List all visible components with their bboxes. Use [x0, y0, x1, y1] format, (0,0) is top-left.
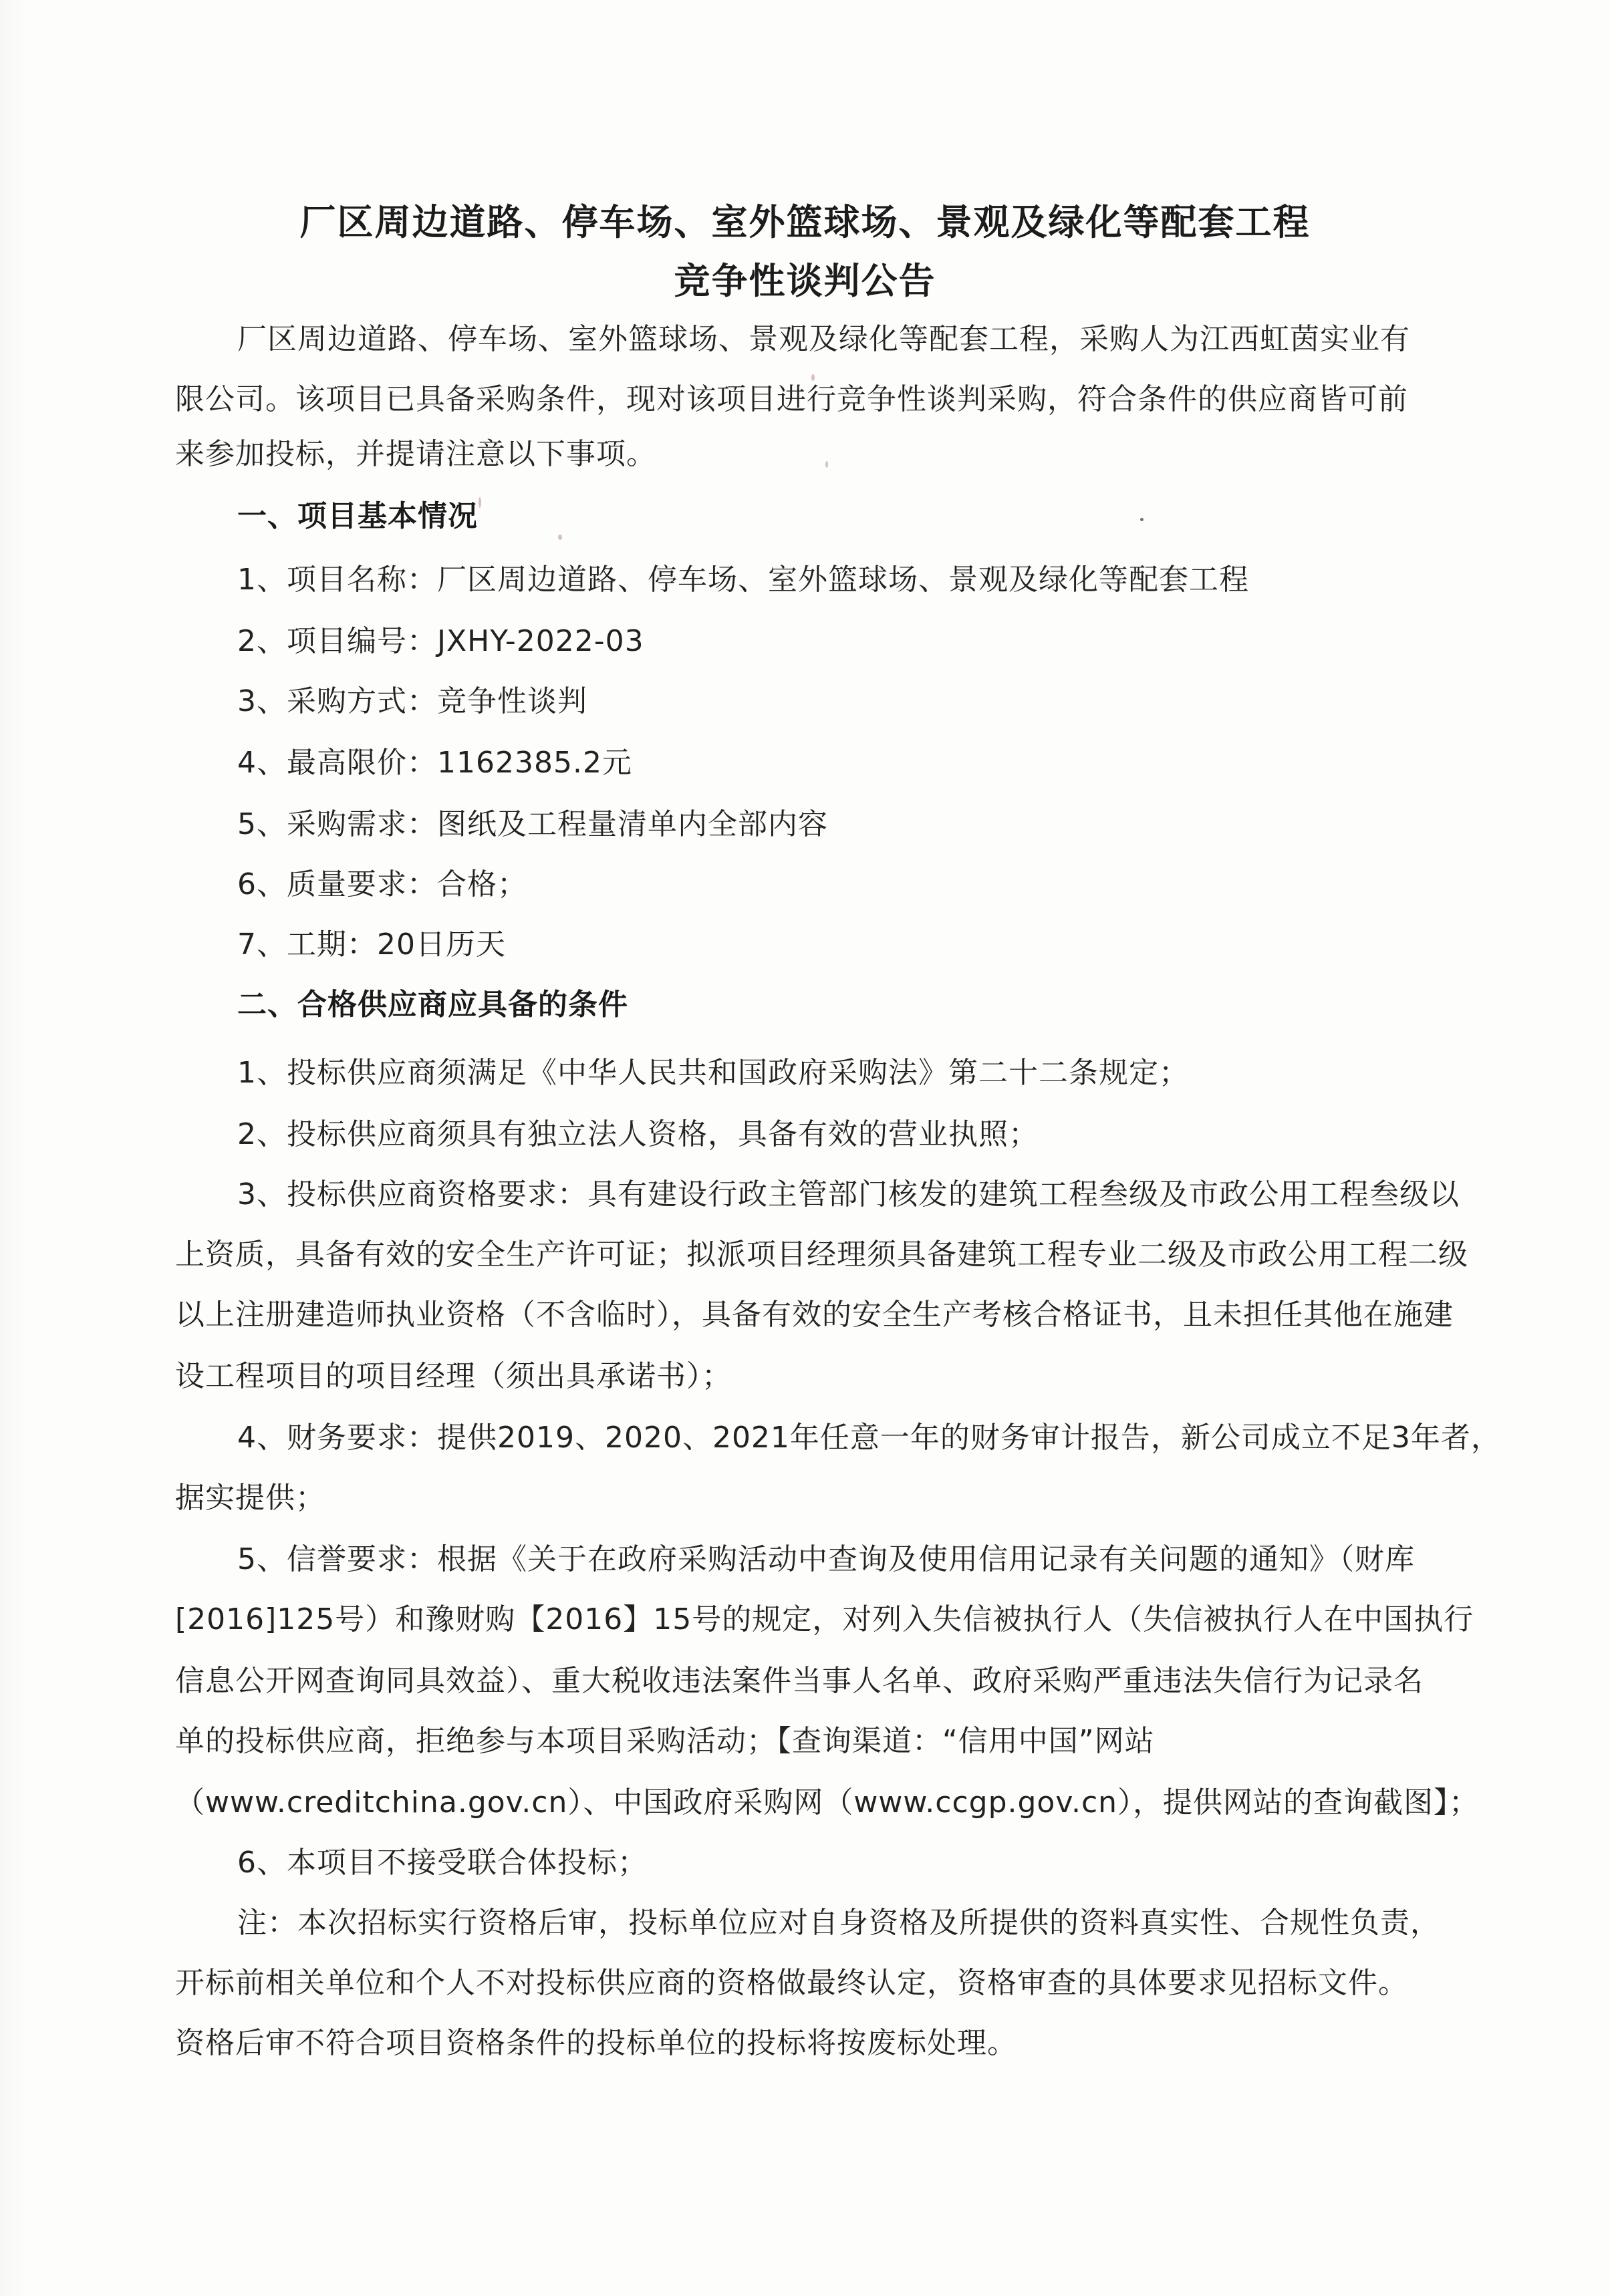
scan-speck	[558, 535, 562, 540]
qualification-line: （www.creditchina.gov.cn）、中国政府采购网（www.ccg…	[175, 1784, 1479, 1822]
qualification-line: 4、财务要求：提供2019、2020、2021年任意一年的财务审计报告，新公司成…	[237, 1419, 1501, 1457]
intro-line: 厂区周边道路、停车场、室外篮球场、景观及绿化等配套工程，采购人为江西虹茵实业有	[237, 321, 1410, 358]
qualification-line: 单的投标供应商，拒绝参与本项目采购活动；【查询渠道：“信用中国”网站	[175, 1723, 1155, 1760]
document-page: 厂区周边道路、停车场、室外篮球场、景观及绿化等配套工程 竞争性谈判公告 厂区周边…	[0, 0, 1610, 2296]
qualification-line: 以上注册建造师执业资格（不含临时），具备有效的安全生产考核合格证书，且未担任其他…	[175, 1296, 1454, 1334]
scan-speck	[1140, 518, 1144, 521]
note-line: 注：本次招标实行资格后审，投标单位应对自身资格及所提供的资料真实性、合规性负责，	[237, 1904, 1440, 1942]
project-name-item: 1、项目名称：厂区周边道路、停车场、室外篮球场、景观及绿化等配套工程	[237, 561, 1249, 599]
note-line: 开标前相关单位和个人不对投标供应商的资格做最终认定，资格审查的具体要求见招标文件…	[175, 1965, 1408, 2002]
qualification-line: 3、投标供应商资格要求：具有建设行政主管部门核发的建筑工程叁级及市政公用工程叁级…	[237, 1176, 1460, 1213]
construction-period-item: 7、工期：20日历天	[237, 926, 506, 964]
section-heading-qualifications: 二、合格供应商应具备的条件	[237, 986, 628, 1024]
intro-line: 限公司。该项目已具备采购条件，现对该项目进行竞争性谈判采购，符合条件的供应商皆可…	[175, 381, 1408, 418]
scan-speck	[811, 374, 815, 381]
qualification-line: [2016]125号）和豫财购【2016】15号的规定，对列入失信被执行人（失信…	[175, 1601, 1474, 1638]
document-title: 厂区周边道路、停车场、室外篮球场、景观及绿化等配套工程	[0, 194, 1610, 245]
scan-speck	[825, 461, 828, 468]
qualification-line: 上资质，具备有效的安全生产许可证；拟派项目经理须具备建筑工程专业二级及市政公用工…	[175, 1236, 1468, 1274]
document-subtitle: 竞争性谈判公告	[0, 253, 1610, 304]
max-price-item: 4、最高限价：1162385.2元	[237, 744, 632, 782]
project-number-item: 2、项目编号：JXHY-2022-03	[237, 623, 644, 660]
qualification-line: 据实提供；	[175, 1479, 325, 1517]
scan-speck	[479, 497, 481, 508]
qualification-line: 6、本项目不接受联合体投标；	[237, 1844, 648, 1882]
qualification-line: 1、投标供应商须满足《中华人民共和国政府采购法》第二十二条规定；	[237, 1054, 1189, 1092]
section-heading-basic-info: 一、项目基本情况	[237, 498, 478, 535]
qualification-line: 信息公开网查询同具效益）、重大税收违法案件当事人名单、政府采购严重违法失信行为记…	[175, 1663, 1424, 1700]
qualification-line: 设工程项目的项目经理（须出具承诺书）；	[175, 1358, 732, 1395]
procurement-method-item: 3、采购方式：竞争性谈判	[237, 683, 587, 720]
intro-line: 来参加投标，并提请注意以下事项。	[175, 436, 656, 473]
qualification-line: 2、投标供应商须具有独立法人资格，具备有效的营业执照；	[237, 1116, 1039, 1153]
qualification-line: 5、信誉要求：根据《关于在政府采购活动中查询及使用信用记录有关问题的通知》（财库	[237, 1541, 1415, 1578]
quality-requirement-item: 6、质量要求：合格；	[237, 866, 527, 903]
note-line: 资格后审不符合项目资格条件的投标单位的投标将按废标处理。	[175, 2025, 1017, 2062]
procurement-demand-item: 5、采购需求：图纸及工程量清单内全部内容	[237, 806, 828, 843]
